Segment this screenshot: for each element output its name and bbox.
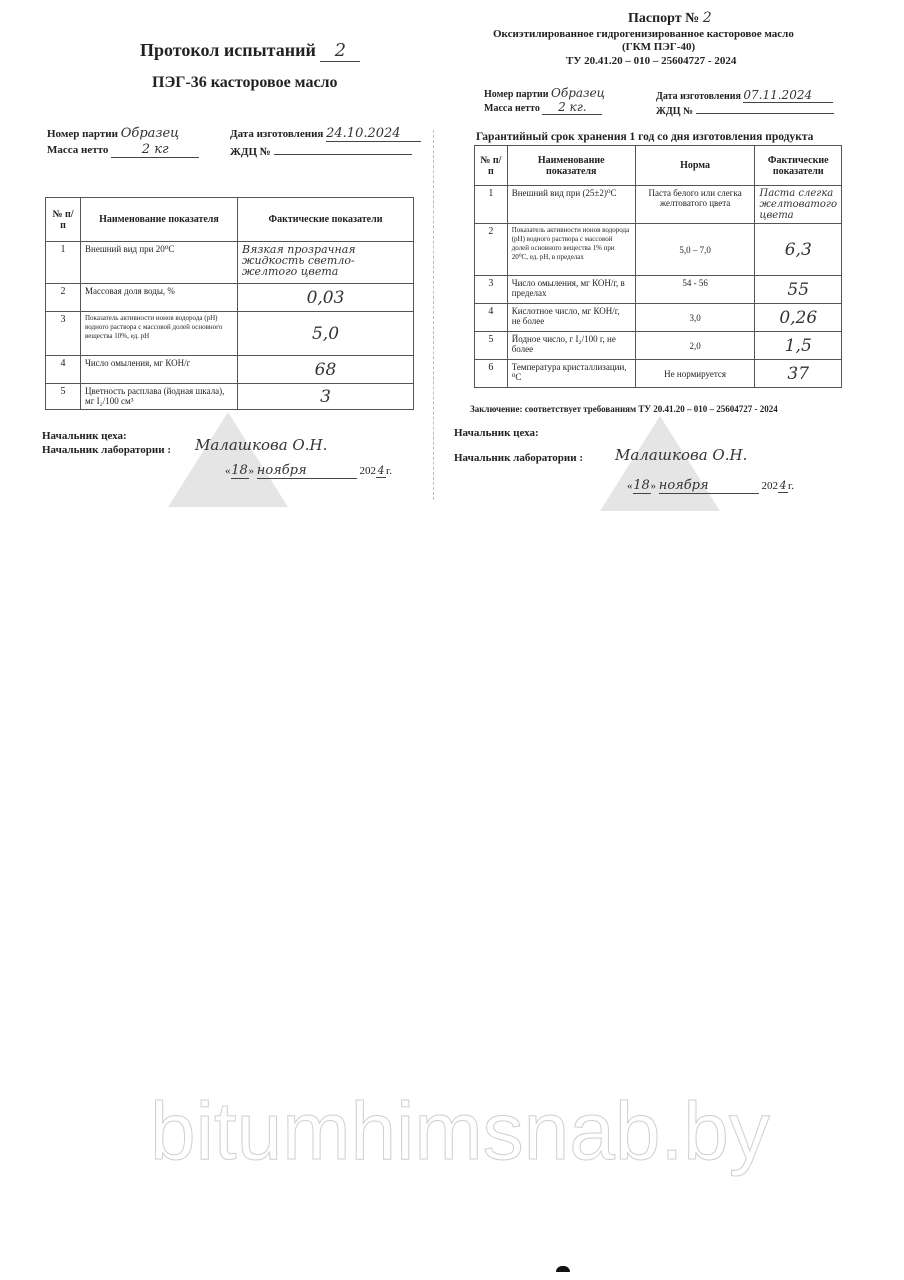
- col-no-header: № п/п: [46, 198, 81, 242]
- col-norm-header: Норма: [635, 146, 755, 186]
- row-number: 2: [46, 284, 81, 312]
- table-row: 3 Число омыления, мг КОН/г, в пределах 5…: [475, 276, 842, 304]
- row-value: 3: [238, 384, 414, 410]
- passport-title-text: Паспорт №: [628, 11, 699, 26]
- conclusion: Заключение: соответствует требованиям ТУ…: [470, 404, 778, 414]
- row-value: Паста слегка желтоватого цвета: [755, 186, 842, 224]
- sign-year-unit: г.: [788, 480, 794, 492]
- row-name: Внешний вид при (25±2)⁰С: [507, 186, 635, 224]
- passport-number: 2: [703, 10, 712, 26]
- batch-label: Номер партии: [47, 128, 118, 140]
- row-name: Йодное число, г I₂/100 г, не более: [507, 332, 635, 360]
- shop-head-label: Начальник цеха:: [42, 430, 127, 442]
- table-row: 6 Температура кристаллизации, ⁰С Не норм…: [475, 360, 842, 388]
- row-norm: 54 - 56: [635, 276, 755, 304]
- date-value: 24.10.2024: [326, 126, 421, 142]
- protocol-number: 2: [320, 40, 360, 62]
- mass-row: Масса нетто 2 кг: [47, 142, 199, 158]
- zhdc-row-right: ЖДЦ №: [656, 102, 834, 117]
- batch-value: Образец: [121, 126, 180, 141]
- row-norm: 5,0 – 7,0: [635, 224, 755, 276]
- page-divider: [433, 130, 434, 500]
- date-row-right: Дата изготовления 07.11.2024: [656, 88, 833, 103]
- row-number: 6: [475, 360, 508, 388]
- row-number: 4: [475, 304, 508, 332]
- row-value: Вязкая прозрачная жидкость светло-желтог…: [238, 242, 414, 284]
- date-row: Дата изготовления 24.10.2024: [230, 126, 421, 142]
- table-row: 4 Число омыления, мг КОН/г 68: [46, 356, 414, 384]
- passport-title: Паспорт № 2: [628, 10, 712, 27]
- sign-year-suffix: 4: [778, 479, 788, 493]
- mass-value: 2 кг.: [542, 100, 602, 115]
- mass-row-right: Масса нетто 2 кг.: [484, 100, 602, 115]
- row-name: Внешний вид при 20⁰С: [81, 242, 238, 284]
- row-number: 5: [46, 384, 81, 410]
- watermark: bitumhimsnab.by: [150, 1085, 770, 1179]
- table-row: 3 Показатель активности ионов водорода (…: [46, 312, 414, 356]
- protocol-subtitle: ПЭГ-36 касторовое масло: [152, 74, 338, 92]
- date-label: Дата изготовления: [656, 91, 741, 102]
- product-name: Оксиэтилированное гидрогенизированное ка…: [493, 28, 794, 40]
- zhdc-value: [274, 142, 412, 155]
- col-actual-header: Фактические показатели: [755, 146, 842, 186]
- col-actual-header: Фактические показатели: [238, 198, 414, 242]
- row-value: 6,3: [755, 224, 842, 276]
- col-no-header: № п/п: [475, 146, 508, 186]
- sign-day: 18: [633, 478, 651, 494]
- table-row: 2 Показатель активности ионов водорода (…: [475, 224, 842, 276]
- col-name-header: Наименование показателя: [507, 146, 635, 186]
- sign-month: ноября: [257, 463, 357, 479]
- sign-day: 18: [231, 463, 249, 479]
- zhdc-label: ЖДЦ №: [230, 146, 271, 158]
- signature: Малашкова О.Н.: [615, 446, 747, 464]
- row-value: 55: [755, 276, 842, 304]
- scan-mark: [556, 1266, 570, 1272]
- sign-year-suffix: 4: [376, 464, 386, 478]
- row-number: 3: [475, 276, 508, 304]
- zhdc-row: ЖДЦ №: [230, 142, 412, 158]
- lab-head-label: Начальник лаборатории :: [42, 444, 171, 456]
- row-name: Показатель активности ионов водорода (pH…: [81, 312, 238, 356]
- batch-value: Образец: [551, 86, 605, 100]
- row-name: Цветность расплава (йодная шкала), мг I₂…: [81, 384, 238, 410]
- tu-number: ТУ 20.41.20 – 010 – 25604727 - 2024: [566, 55, 736, 67]
- mass-label: Масса нетто: [47, 144, 108, 156]
- col-name-header: Наименование показателя: [81, 198, 238, 242]
- sign-date: «18» ноября 2024г.: [225, 463, 392, 479]
- table-row: 1 Внешний вид при (25±2)⁰С Паста белого …: [475, 186, 842, 224]
- date-label: Дата изготовления: [230, 128, 323, 140]
- table-row: 1 Внешний вид при 20⁰С Вязкая прозрачная…: [46, 242, 414, 284]
- batch-label: Номер партии: [484, 89, 549, 100]
- sign-year-unit: г.: [386, 465, 392, 477]
- row-number: 1: [475, 186, 508, 224]
- row-value: 1,5: [755, 332, 842, 360]
- sign-year-prefix: 202: [360, 465, 377, 477]
- table-row: 5 Цветность расплава (йодная шкала), мг …: [46, 384, 414, 410]
- row-number: 2: [475, 224, 508, 276]
- signature: Малашкова О.Н.: [195, 436, 327, 454]
- row-name: Кислотное число, мг КОН/г, не более: [507, 304, 635, 332]
- product-code: (ГКМ ПЭГ-40): [622, 41, 695, 53]
- date-value: 07.11.2024: [743, 88, 833, 103]
- row-value: 5,0: [238, 312, 414, 356]
- passport-table: № п/п Наименование показателя Норма Факт…: [474, 145, 842, 388]
- zhdc-label: ЖДЦ №: [656, 106, 693, 117]
- stamp-icon: [168, 412, 288, 507]
- mass-value: 2 кг: [111, 142, 199, 158]
- row-number: 5: [475, 332, 508, 360]
- table-row: 4 Кислотное число, мг КОН/г, не более 3,…: [475, 304, 842, 332]
- row-value: 68: [238, 356, 414, 384]
- mass-label: Масса нетто: [484, 103, 540, 114]
- protocol-table: № п/п Наименование показателя Фактически…: [45, 197, 414, 410]
- sign-month: ноября: [659, 478, 759, 494]
- row-name: Число омыления, мг КОН/г, в пределах: [507, 276, 635, 304]
- row-name: Массовая доля воды, %: [81, 284, 238, 312]
- row-name: Число омыления, мг КОН/г: [81, 356, 238, 384]
- lab-head-label: Начальник лаборатории :: [454, 452, 583, 464]
- row-value: 0,26: [755, 304, 842, 332]
- row-number: 4: [46, 356, 81, 384]
- row-norm: 3,0: [635, 304, 755, 332]
- sign-date: «18» ноября 2024г.: [627, 478, 794, 494]
- protocol-title: Протокол испытаний 2: [140, 40, 360, 62]
- row-norm: Паста белого или слегка желтоватого цвет…: [635, 186, 755, 224]
- shop-head-label: Начальник цеха:: [454, 427, 539, 439]
- row-value: 37: [755, 360, 842, 388]
- row-number: 1: [46, 242, 81, 284]
- batch-row-right: Номер партии Образец: [484, 86, 605, 100]
- sign-year-prefix: 202: [762, 480, 779, 492]
- row-norm: Не нормируется: [635, 360, 755, 388]
- zhdc-value: [696, 102, 834, 114]
- row-number: 3: [46, 312, 81, 356]
- row-norm: 2,0: [635, 332, 755, 360]
- warranty-text: Гарантийный срок хранения 1 год со дня и…: [476, 131, 813, 143]
- table-row: 2 Массовая доля воды, % 0,03: [46, 284, 414, 312]
- batch-row: Номер партии Образец: [47, 126, 179, 141]
- protocol-title-text: Протокол испытаний: [140, 40, 316, 60]
- row-name: Показатель активности ионов водорода (pH…: [507, 224, 635, 276]
- row-value: 0,03: [238, 284, 414, 312]
- row-name: Температура кристаллизации, ⁰С: [507, 360, 635, 388]
- table-row: 5 Йодное число, г I₂/100 г, не более 2,0…: [475, 332, 842, 360]
